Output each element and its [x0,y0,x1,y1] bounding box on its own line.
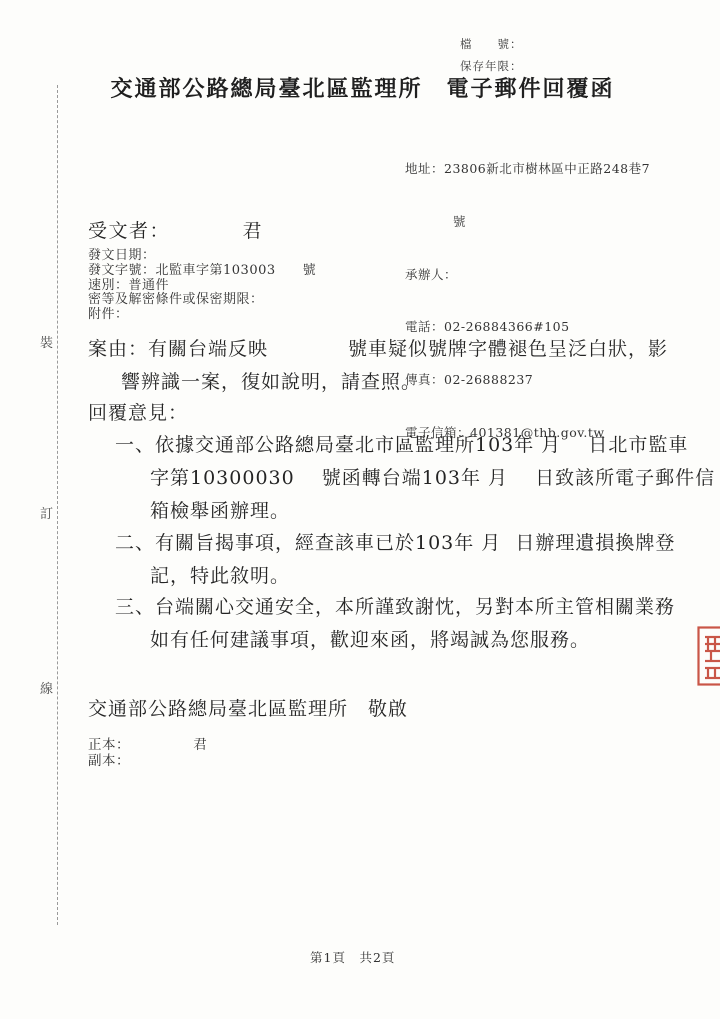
agency-address-line1: 地址：23806新北市樹林區中正路248巷7 [405,162,650,177]
agency-contact-person: 承辦人： [405,268,650,283]
seal-icon [697,626,720,686]
binding-char-zhuang: 裝 [40,332,53,351]
agency-address-line2: 號 [405,215,650,230]
recipient-line: 受文者： 君 [88,216,263,243]
attachment-line: 附件： [88,303,129,322]
page-number-footer: 第1頁 共2頁 [310,948,395,966]
red-half-seal-stamp [677,607,720,709]
reply-item-1-line-1: 一、依據交通部公路總局臺北市區監理所103年 月 日北市監車 [115,430,688,457]
agency-info-block: 地址：23806新北市樹林區中正路248巷7 號 承辦人： 電話：02-2688… [405,124,650,479]
reply-item-2-line-2: 記，特此敘明。 [150,561,290,588]
subject-line-2: 響辨識一案，復如說明，請查照。 [121,367,421,394]
signature-line: 交通部公路總局臺北區監理所 敬啟 [88,694,408,721]
reply-item-1-line-2: 字第10300030 號函轉台端103年 月 日致該所電子郵件信 [150,463,715,490]
reply-item-2-line-1: 二、有關旨揭事項，經查該車已於103年 月 日辦理遺損換牌登 [115,528,675,555]
document-title: 交通部公路總局臺北區監理所 電子郵件回覆函 [90,72,635,103]
file-number-label: 檔 號： [460,36,523,52]
cc-copy-line: 副本： [88,749,130,769]
binding-char-ding: 訂 [40,503,53,522]
reply-item-1-line-3: 箱檢舉函辦理。 [150,496,290,523]
reply-item-3-line-1: 三、台端關心交通安全，本所謹致謝忱，另對本所主管相關業務 [115,592,675,619]
agency-fax: 傳真：02-26888237 [405,373,650,388]
agency-phone: 電話：02-26884366#105 [405,320,650,335]
reply-item-3-line-2: 如有任何建議事項，歡迎來函，將竭誠為您服務。 [150,625,590,652]
subject-line-1: 案由：有關台端反映 號車疑似號牌字體褪色呈泛白狀，影 [88,334,668,361]
document-page: 裝 訂 線 檔 號： 保存年限： 交通部公路總局臺北區監理所 電子郵件回覆函 地… [0,0,720,1019]
binding-char-xian: 線 [40,678,53,697]
reply-opinion-label: 回覆意見： [88,398,188,425]
binding-dashed-line [57,85,58,925]
